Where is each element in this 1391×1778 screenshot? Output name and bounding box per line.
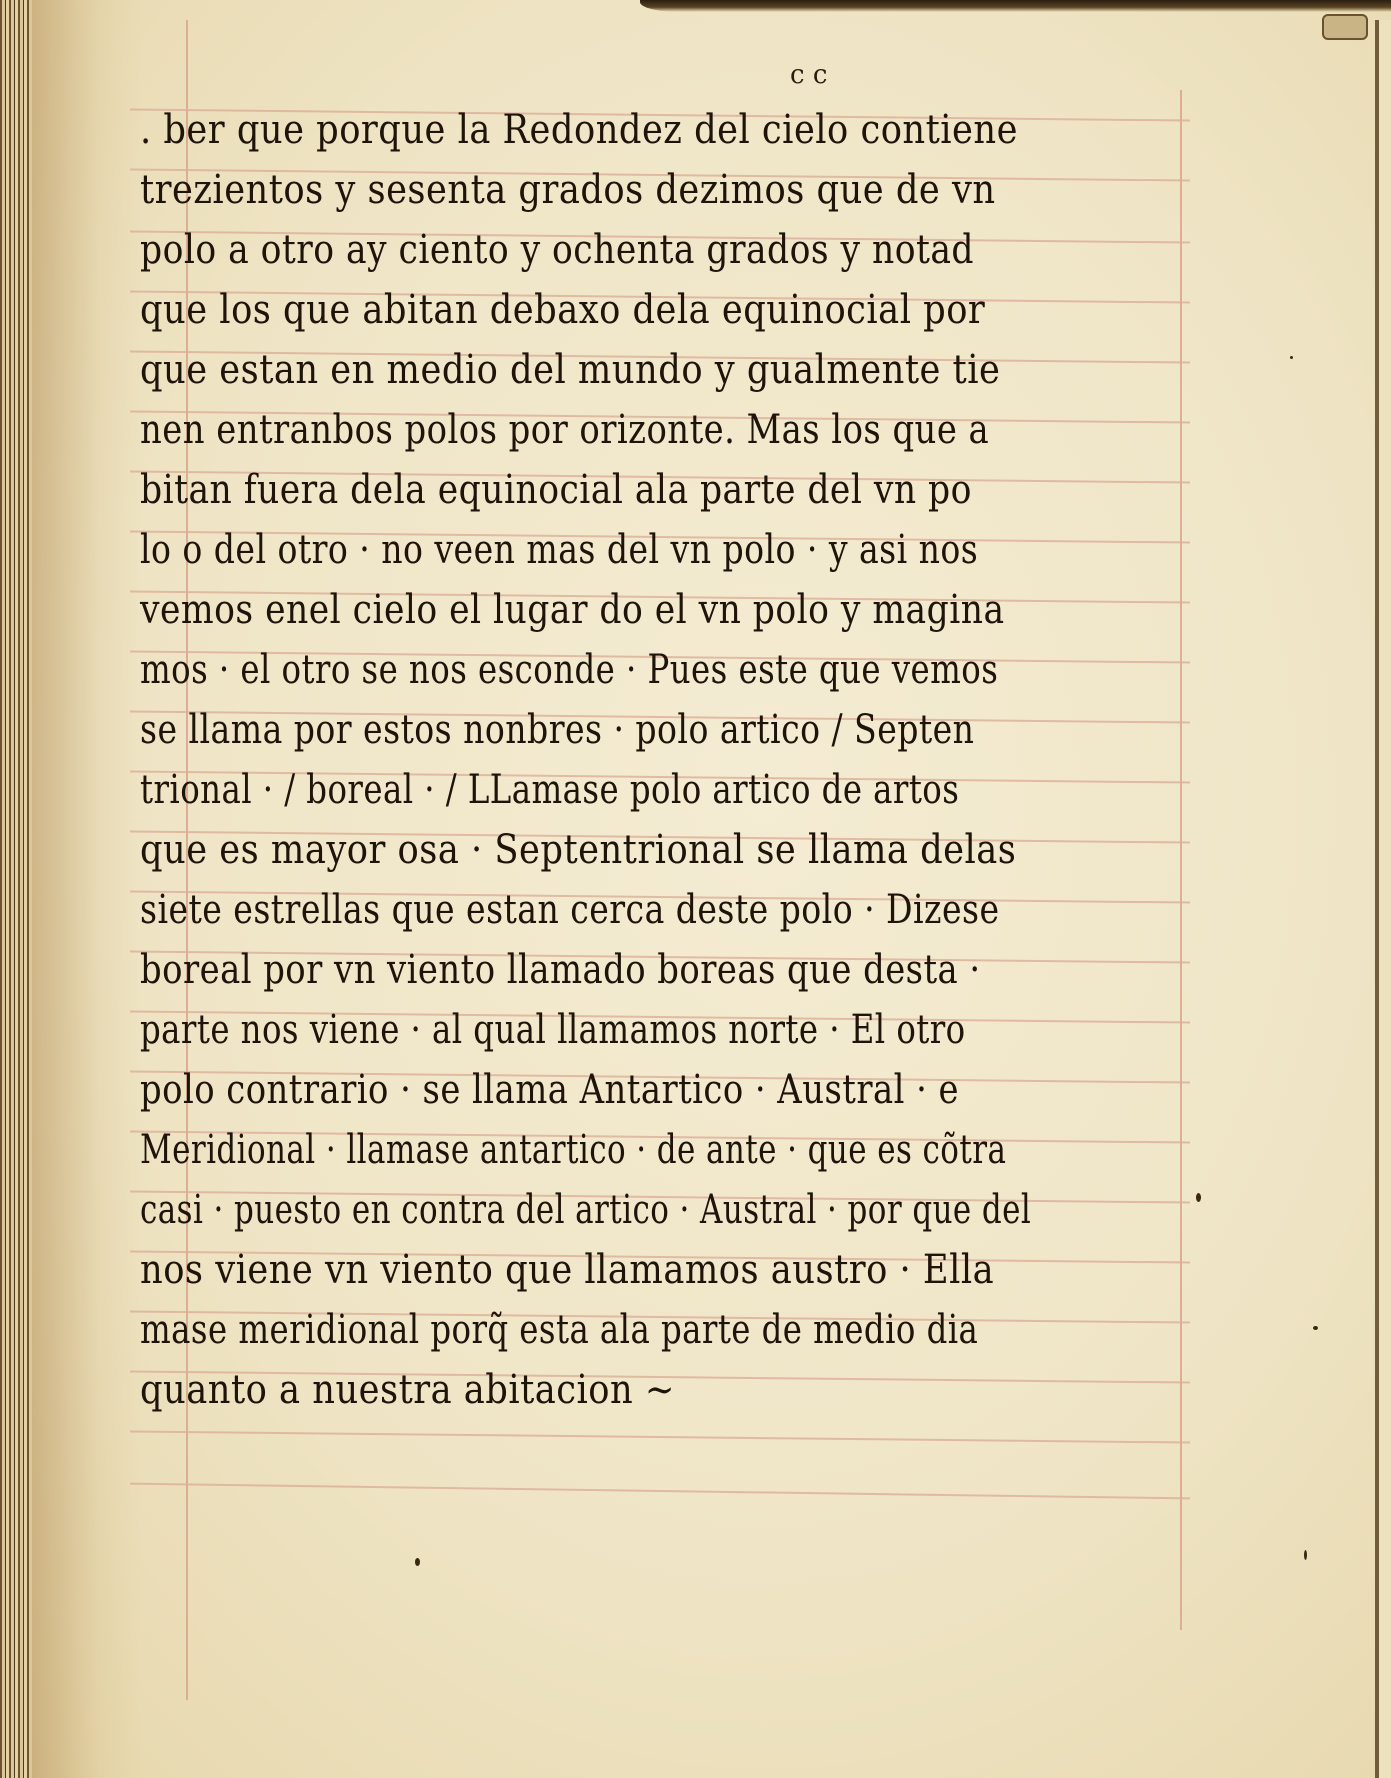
ruling-line xyxy=(130,1483,1190,1500)
ruling-line xyxy=(130,1430,1190,1443)
text-line-2: trezientos y sesenta grados dezimos que … xyxy=(140,160,1180,220)
text-line-4: que los que abitan debaxo dela equinocia… xyxy=(140,280,1180,340)
ink-speck xyxy=(1290,356,1293,359)
right-margin-rule xyxy=(1180,90,1182,1630)
text-line-18: Meridional · llamase antartico · de ante… xyxy=(140,1120,1180,1180)
ink-speck xyxy=(1304,1550,1307,1560)
ink-speck xyxy=(1196,1193,1201,1202)
ink-speck xyxy=(415,1558,420,1566)
text-line-11: se llama por estos nonbres · polo artico… xyxy=(140,700,1180,760)
text-line-22: quanto a nuestra abitacion ∼ xyxy=(140,1360,1180,1420)
text-line-3: polo a otro ay ciento y ochenta grados y… xyxy=(140,220,1180,280)
text-line-6: nen entranbos polos por orizonte. Mas lo… xyxy=(140,400,1180,460)
text-line-10: mos · el otro se nos esconde · Pues este… xyxy=(140,640,1180,700)
text-line-15: boreal por vn viento llamado boreas que … xyxy=(140,940,1180,1000)
book-top-edge xyxy=(640,0,1391,12)
book-clasp xyxy=(1322,14,1368,40)
text-line-19: casi · puesto en contra del artico · Aus… xyxy=(140,1180,1180,1240)
gutter-shadow xyxy=(32,0,142,1778)
text-line-16: parte nos viene · al qual llamamos norte… xyxy=(140,1000,1180,1060)
book-binding-edge xyxy=(0,0,32,1778)
text-line-21: mase meridional porq̃ esta ala parte de … xyxy=(140,1300,1180,1360)
text-line-17: polo contrario · se llama Antartico · Au… xyxy=(140,1060,1180,1120)
text-line-14: siete estrellas que estan cerca deste po… xyxy=(140,880,1180,940)
ink-speck xyxy=(1313,1326,1318,1330)
text-line-1: . ber que porque la Redondez del cielo c… xyxy=(140,100,1180,160)
text-line-7: bitan fuera dela equinocial ala parte de… xyxy=(140,460,1180,520)
text-line-8: lo o del otro · no veen mas del vn polo … xyxy=(140,520,1180,580)
manuscript-page: c c . ber que porque la Redondez del cie… xyxy=(0,0,1391,1778)
text-line-5: que estan en medio del mundo y gualmente… xyxy=(140,340,1180,400)
text-line-20: nos viene vn viento que llamamos austro … xyxy=(140,1240,1180,1300)
text-line-9: vemos enel cielo el lugar do el vn polo … xyxy=(140,580,1180,640)
right-page-strip xyxy=(1379,20,1391,1778)
top-marks: c c xyxy=(790,60,827,90)
text-line-12: trional · / boreal · / LLamase polo arti… xyxy=(140,760,1180,820)
text-line-13: que es mayor osa · Septentrional se llam… xyxy=(140,820,1180,880)
